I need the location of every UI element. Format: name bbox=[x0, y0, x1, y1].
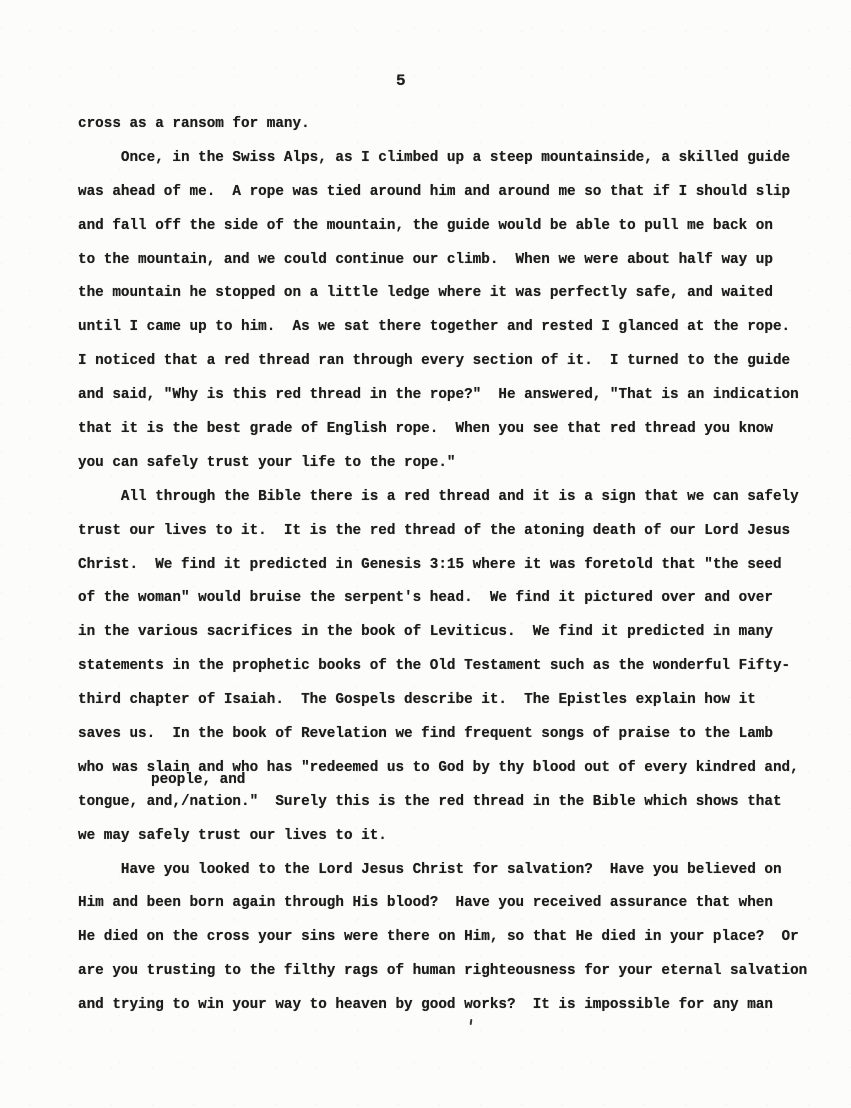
typed-line: I noticed that a red thread ran through … bbox=[78, 345, 807, 379]
typed-line: that it is the best grade of English rop… bbox=[78, 413, 807, 447]
typed-line: in the various sacrifices in the book of… bbox=[78, 616, 807, 650]
typed-line: saves us. In the book of Revelation we f… bbox=[78, 718, 807, 752]
typed-line: until I came up to him. As we sat there … bbox=[78, 311, 807, 345]
typed-line: trust our lives to it. It is the red thr… bbox=[78, 515, 807, 549]
typed-line: you can safely trust your life to the ro… bbox=[78, 447, 807, 481]
typed-line: of the woman" would bruise the serpent's… bbox=[78, 582, 807, 616]
typed-line: to the mountain, and we could continue o… bbox=[78, 244, 807, 278]
page-number: 5 bbox=[396, 72, 406, 90]
typed-line: are you trusting to the filthy rags of h… bbox=[78, 955, 807, 989]
typed-line: and trying to win your way to heaven by … bbox=[78, 989, 807, 1023]
typed-line: All through the Bible there is a red thr… bbox=[78, 481, 807, 515]
typed-line: statements in the prophetic books of the… bbox=[78, 650, 807, 684]
typed-line: He died on the cross your sins were ther… bbox=[78, 921, 807, 955]
typed-line: we may safely trust our lives to it. bbox=[78, 820, 807, 854]
typescript-page: 5 cross as a ransom for many. Once, in t… bbox=[0, 0, 851, 1108]
typed-line: Have you looked to the Lord Jesus Christ… bbox=[78, 854, 807, 888]
typed-line: and fall off the side of the mountain, t… bbox=[78, 210, 807, 244]
typed-line: Once, in the Swiss Alps, as I climbed up… bbox=[78, 142, 807, 176]
typed-lines: cross as a ransom for many. Once, in the… bbox=[78, 108, 807, 1023]
typed-line: and said, "Why is this red thread in the… bbox=[78, 379, 807, 413]
typed-line: was ahead of me. A rope was tied around … bbox=[78, 176, 807, 210]
typed-line: cross as a ransom for many. bbox=[78, 108, 807, 142]
typed-line: tongue, and,/nation." Surely this is the… bbox=[78, 786, 807, 820]
typed-line: Him and been born again through His bloo… bbox=[78, 887, 807, 921]
typed-line: Christ. We find it predicted in Genesis … bbox=[78, 549, 807, 583]
typed-line: the mountain he stopped on a little ledg… bbox=[78, 277, 807, 311]
scan-artifact bbox=[470, 1019, 473, 1025]
typed-line: third chapter of Isaiah. The Gospels des… bbox=[78, 684, 807, 718]
